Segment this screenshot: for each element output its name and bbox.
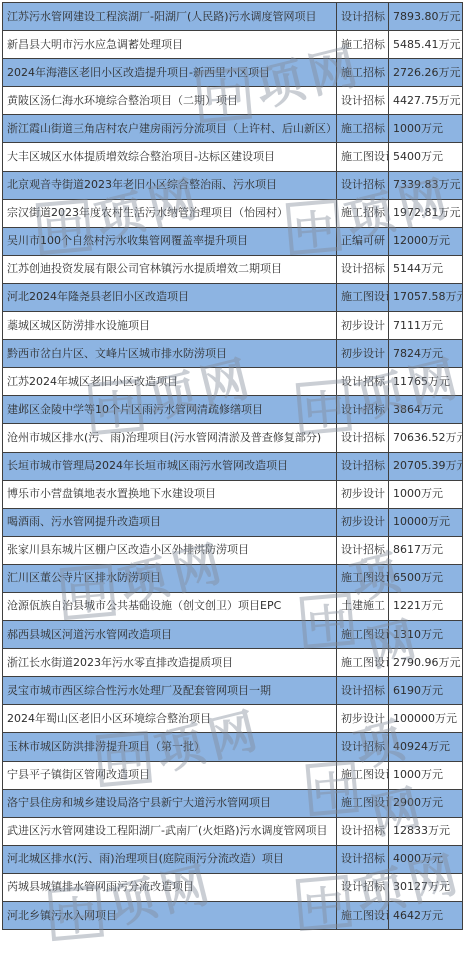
project-name-cell: 吴川市100个自然村污水收集管网覆盖率提升项目 [3, 227, 337, 255]
stage-cell: 设计招标 [337, 87, 389, 115]
stage-cell: 施工图设计 [337, 283, 389, 311]
amount-cell: 7339.83万元 [389, 171, 463, 199]
stage-cell: 设计招标 [337, 845, 389, 873]
table-row[interactable]: 2024年海港区老旧小区改造提升项目-新西里小区项目施工招标2726.26万元 [3, 59, 463, 87]
stage-cell: 设计招标 [337, 452, 389, 480]
project-name-cell: 江苏2024年城区老旧小区改造项目 [3, 368, 337, 396]
project-name-cell: 宁县平子镇街区管网改造项目 [3, 761, 337, 789]
project-name-cell: 洛宁县住房和城乡建设局洛宁县新宁大道污水管网项目 [3, 789, 337, 817]
amount-cell: 17057.58万元 [389, 283, 463, 311]
amount-cell: 4427.75万元 [389, 87, 463, 115]
table-row[interactable]: 汇川区董公寺片区排水防涝项目施工图设计6500万元 [3, 564, 463, 592]
table-row[interactable]: 建邺区金陵中学等10个片区雨污水管网清疏修缮项目设计招标3864万元 [3, 396, 463, 424]
table-row[interactable]: 黔西市岔白片区、文峰片区城市排水防涝项目初步设计7824万元 [3, 340, 463, 368]
table-row[interactable]: 河北城区排水(污、雨)治理项目(庭院雨污分流改造）项目设计招标4000万元 [3, 845, 463, 873]
amount-cell: 5400万元 [389, 143, 463, 171]
stage-cell: 施工招标 [337, 59, 389, 87]
stage-cell: 初步设计 [337, 340, 389, 368]
table-row[interactable]: 喝酒雨、污水管网提升改造项目初步设计10000万元 [3, 508, 463, 536]
stage-cell: 初步设计 [337, 312, 389, 340]
project-name-cell: 喝酒雨、污水管网提升改造项目 [3, 508, 337, 536]
stage-cell: 施工图设计 [337, 902, 389, 930]
amount-cell: 30127万元 [389, 873, 463, 901]
stage-cell: 施工图设计 [337, 789, 389, 817]
table-row[interactable]: 张家川县东城片区棚户区改造小区外排洪防涝项目设计招标8617万元 [3, 536, 463, 564]
table-row[interactable]: 洛宁县住房和城乡建设局洛宁县新宁大道污水管网项目施工图设计2900万元 [3, 789, 463, 817]
project-name-cell: 浙江长水街道2023年污水零直排改造提质项目 [3, 649, 337, 677]
amount-cell: 6500万元 [389, 564, 463, 592]
project-name-cell: 2024年蜀山区老旧小区环境综合整治项目 [3, 705, 337, 733]
table-row[interactable]: 新昌县大明市污水应急调蓄处理项目施工招标5485.41万元 [3, 31, 463, 59]
amount-cell: 7893.80万元 [389, 3, 463, 31]
table-row[interactable]: 吴川市100个自然村污水收集管网覆盖率提升项目正编可研12000万元 [3, 227, 463, 255]
project-name-cell: 藁城区城区防涝排水设施项目 [3, 312, 337, 340]
project-name-cell: 河北乡镇污水入网项目 [3, 902, 337, 930]
table-row[interactable]: 玉林市城区防洪排涝提升项目（第一批）设计招标40924万元 [3, 733, 463, 761]
stage-cell: 设计招标 [337, 3, 389, 31]
stage-cell: 初步设计 [337, 480, 389, 508]
project-name-cell: 河北城区排水(污、雨)治理项目(庭院雨污分流改造）项目 [3, 845, 337, 873]
project-name-cell: 江苏污水管网建设工程滨湖厂-阳湖厂(人民路)污水调度管网项目 [3, 3, 337, 31]
stage-cell: 初步设计 [337, 705, 389, 733]
table-row[interactable]: 宗汉街道2023年度农村生活污水纳管治理项目（怡园村）施工招标1972.81万元 [3, 199, 463, 227]
amount-cell: 20705.39万元 [389, 452, 463, 480]
table-row[interactable]: 芮城县城镇排水管网雨污分流改造项目设计招标30127万元 [3, 873, 463, 901]
stage-cell: 设计招标 [337, 171, 389, 199]
project-name-cell: 北京观音寺街道2023年老旧小区综合整治雨、污水项目 [3, 171, 337, 199]
amount-cell: 7824万元 [389, 340, 463, 368]
stage-cell: 施工招标 [337, 199, 389, 227]
stage-cell: 施工图设计 [337, 564, 389, 592]
stage-cell: 正编可研 [337, 227, 389, 255]
project-name-cell: 沧州市城区排水(污、雨)治理项目(污水管网清淤及普查修复部分) [3, 424, 337, 452]
table-row[interactable]: 黄陂区汤仁海水环境综合整治项目（二期）项目设计招标4427.75万元 [3, 87, 463, 115]
amount-cell: 40924万元 [389, 733, 463, 761]
stage-cell: 施工图设计 [337, 649, 389, 677]
project-name-cell: 长垣市城市管理局2024年长垣市城区雨污水管网改造项目 [3, 452, 337, 480]
amount-cell: 1310万元 [389, 621, 463, 649]
table-row[interactable]: 长垣市城市管理局2024年长垣市城区雨污水管网改造项目设计招标20705.39万… [3, 452, 463, 480]
table-row[interactable]: 江苏创迪投资发展有限公司官林镇污水提质增效二期项目设计招标5144万元 [3, 255, 463, 283]
amount-cell: 5144万元 [389, 255, 463, 283]
project-name-cell: 博乐市小营盘镇地表水置换地下水建设项目 [3, 480, 337, 508]
project-name-cell: 大丰区城区水体提质增效综合整治项目-达标区建设项目 [3, 143, 337, 171]
table-row[interactable]: 河北2024年隆尧县老旧小区改造项目施工图设计17057.58万元 [3, 283, 463, 311]
table-row[interactable]: 大丰区城区水体提质增效综合整治项目-达标区建设项目施工图设计5400万元 [3, 143, 463, 171]
project-name-cell: 黔西市岔白片区、文峰片区城市排水防涝项目 [3, 340, 337, 368]
amount-cell: 10000万元 [389, 508, 463, 536]
project-name-cell: 沧源佤族自治县城市公共基础设施（创文创卫）项目EPC [3, 592, 337, 620]
amount-cell: 2900万元 [389, 789, 463, 817]
amount-cell: 11765万元 [389, 368, 463, 396]
table-row[interactable]: 2024年蜀山区老旧小区环境综合整治项目初步设计100000万元 [3, 705, 463, 733]
stage-cell: 施工图设计 [337, 143, 389, 171]
project-name-cell: 玉林市城区防洪排涝提升项目（第一批） [3, 733, 337, 761]
table-row[interactable]: 河北乡镇污水入网项目施工图设计4642万元 [3, 902, 463, 930]
stage-cell: 设计招标 [337, 817, 389, 845]
stage-cell: 设计招标 [337, 677, 389, 705]
table-row[interactable]: 沧源佤族自治县城市公共基础设施（创文创卫）项目EPC土建施工1221万元 [3, 592, 463, 620]
amount-cell: 1221万元 [389, 592, 463, 620]
table-row[interactable]: 灵宝市城市西区综合性污水处理厂及配套管网项目一期设计招标6190万元 [3, 677, 463, 705]
stage-cell: 设计招标 [337, 536, 389, 564]
stage-cell: 初步设计 [337, 508, 389, 536]
project-name-cell: 建邺区金陵中学等10个片区雨污水管网清疏修缮项目 [3, 396, 337, 424]
amount-cell: 1000万元 [389, 761, 463, 789]
amount-cell: 4000万元 [389, 845, 463, 873]
stage-cell: 施工招标 [337, 31, 389, 59]
project-name-cell: 浙江霞山街道三角店村农户建房雨污分流项目（上许村、后山新区） [3, 115, 337, 143]
amount-cell: 100000万元 [389, 705, 463, 733]
amount-cell: 12833万元 [389, 817, 463, 845]
amount-cell: 2790.96万元 [389, 649, 463, 677]
amount-cell: 5485.41万元 [389, 31, 463, 59]
stage-cell: 土建施工 [337, 592, 389, 620]
stage-cell: 设计招标 [337, 733, 389, 761]
project-name-cell: 张家川县东城片区棚户区改造小区外排洪防涝项目 [3, 536, 337, 564]
project-name-cell: 2024年海港区老旧小区改造提升项目-新西里小区项目 [3, 59, 337, 87]
project-name-cell: 汇川区董公寺片区排水防涝项目 [3, 564, 337, 592]
amount-cell: 1000万元 [389, 115, 463, 143]
table-row[interactable]: 郝西县城区河道污水管网改造项目施工图设计1310万元 [3, 621, 463, 649]
table-row[interactable]: 宁县平子镇街区管网改造项目施工图设计1000万元 [3, 761, 463, 789]
table-row[interactable]: 武进区污水管网建设工程阳湖厂-武南厂(火炬路)污水调度管网项目设计招标12833… [3, 817, 463, 845]
stage-cell: 设计招标 [337, 255, 389, 283]
project-name-cell: 宗汉街道2023年度农村生活污水纳管治理项目（怡园村） [3, 199, 337, 227]
stage-cell: 设计招标 [337, 424, 389, 452]
project-name-cell: 郝西县城区河道污水管网改造项目 [3, 621, 337, 649]
amount-cell: 12000万元 [389, 227, 463, 255]
amount-cell: 1972.81万元 [389, 199, 463, 227]
table-row[interactable]: 北京观音寺街道2023年老旧小区综合整治雨、污水项目设计招标7339.83万元 [3, 171, 463, 199]
project-name-cell: 河北2024年隆尧县老旧小区改造项目 [3, 283, 337, 311]
project-name-cell: 新昌县大明市污水应急调蓄处理项目 [3, 31, 337, 59]
table-row[interactable]: 沧州市城区排水(污、雨)治理项目(污水管网清淤及普查修复部分)设计招标70636… [3, 424, 463, 452]
table-row[interactable]: 浙江霞山街道三角店村农户建房雨污分流项目（上许村、后山新区）施工招标1000万元 [3, 115, 463, 143]
amount-cell: 7111万元 [389, 312, 463, 340]
amount-cell: 3864万元 [389, 396, 463, 424]
project-name-cell: 芮城县城镇排水管网雨污分流改造项目 [3, 873, 337, 901]
table-row[interactable]: 江苏2024年城区老旧小区改造项目设计招标11765万元 [3, 368, 463, 396]
project-name-cell: 武进区污水管网建设工程阳湖厂-武南厂(火炬路)污水调度管网项目 [3, 817, 337, 845]
project-table: 江苏污水管网建设工程滨湖厂-阳湖厂(人民路)污水调度管网项目设计招标7893.8… [2, 2, 463, 930]
project-name-cell: 江苏创迪投资发展有限公司官林镇污水提质增效二期项目 [3, 255, 337, 283]
table-row[interactable]: 江苏污水管网建设工程滨湖厂-阳湖厂(人民路)污水调度管网项目设计招标7893.8… [3, 3, 463, 31]
amount-cell: 8617万元 [389, 536, 463, 564]
amount-cell: 2726.26万元 [389, 59, 463, 87]
stage-cell: 施工招标 [337, 115, 389, 143]
stage-cell: 施工图设计 [337, 621, 389, 649]
amount-cell: 70636.52万元 [389, 424, 463, 452]
stage-cell: 施工图设计 [337, 761, 389, 789]
project-list-page: 江苏污水管网建设工程滨湖厂-阳湖厂(人民路)污水调度管网项目设计招标7893.8… [0, 0, 464, 963]
stage-cell: 设计招标 [337, 368, 389, 396]
project-name-cell: 灵宝市城市西区综合性污水处理厂及配套管网项目一期 [3, 677, 337, 705]
table-row[interactable]: 藁城区城区防涝排水设施项目初步设计7111万元 [3, 312, 463, 340]
amount-cell: 6190万元 [389, 677, 463, 705]
amount-cell: 4642万元 [389, 902, 463, 930]
table-row[interactable]: 博乐市小营盘镇地表水置换地下水建设项目初步设计1000万元 [3, 480, 463, 508]
project-table-body: 江苏污水管网建设工程滨湖厂-阳湖厂(人民路)污水调度管网项目设计招标7893.8… [3, 3, 463, 930]
amount-cell: 1000万元 [389, 480, 463, 508]
stage-cell: 设计招标 [337, 873, 389, 901]
table-row[interactable]: 浙江长水街道2023年污水零直排改造提质项目施工图设计2790.96万元 [3, 649, 463, 677]
stage-cell: 设计招标 [337, 396, 389, 424]
project-name-cell: 黄陂区汤仁海水环境综合整治项目（二期）项目 [3, 87, 337, 115]
